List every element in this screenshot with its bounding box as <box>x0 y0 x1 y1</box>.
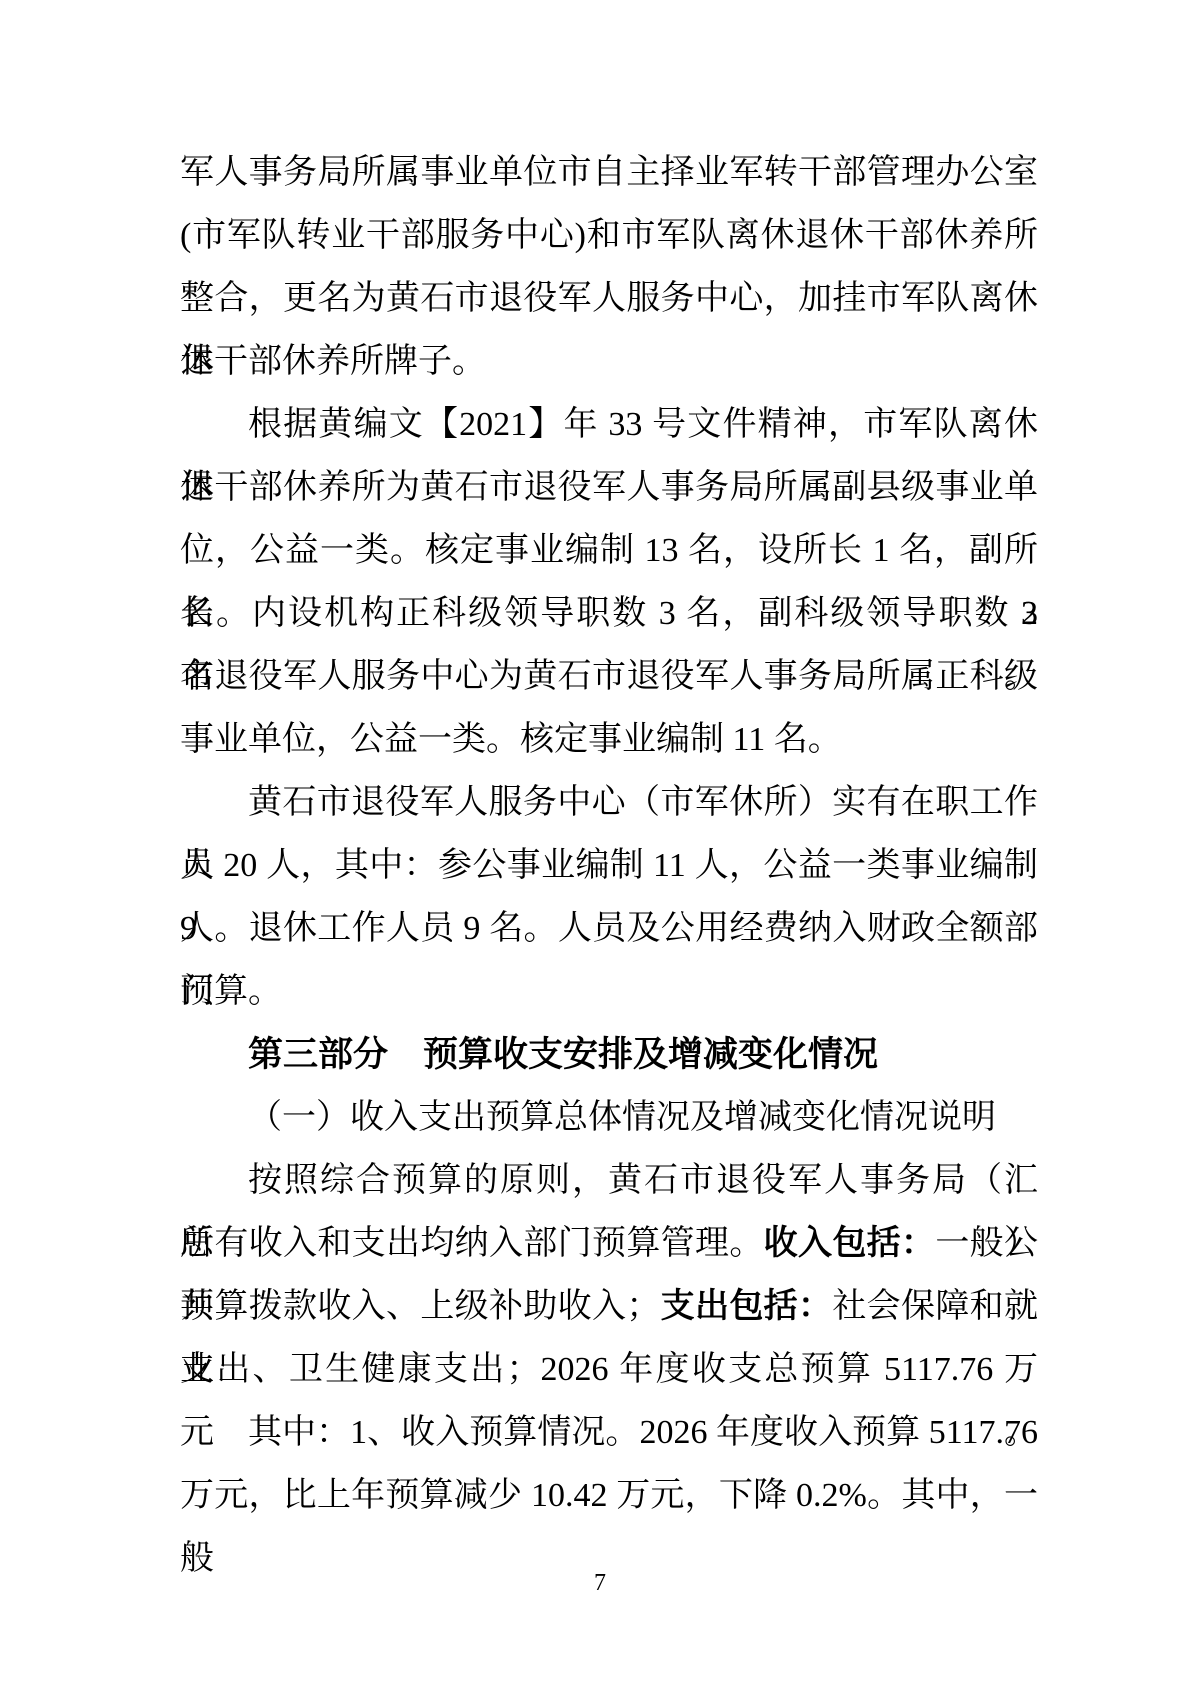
line-text: 所有收入和支出均纳入部门预算管理。 <box>180 1225 764 1262</box>
line-text: 休干部休养所牌子。 <box>180 343 486 380</box>
text-line-21: 其中：1、收入预算情况。2026 年度收入预算 5117.76 <box>180 1401 1038 1464</box>
text-line-6: 休干部休养所为黄石市退役军人事务局所属副县级事业单 <box>180 456 1038 519</box>
bold-run: 支出包括： <box>660 1287 832 1325</box>
text-line-17: 按照综合预算的原则，黄石市退役军人事务局（汇总） <box>180 1149 1038 1212</box>
bold-run: 收入包括： <box>764 1224 936 1262</box>
line-text: 预算。 <box>180 973 282 1010</box>
text-line-7: 位，公益一类。核定事业编制 13 名，设所长 1 名，副所长 2 <box>180 519 1038 582</box>
line-text: (市军队转业干部服务中心)和市军队离休退休干部休养所 <box>180 217 1038 254</box>
line-text: 预算拨款收入、上级补助收入； <box>180 1288 660 1325</box>
text-line-19: 预算拨款收入、上级补助收入；支出包括：社会保障和就业 <box>180 1275 1038 1338</box>
text-line-11: 黄石市退役军人服务中心（市军休所）实有在职工作人 <box>180 771 1038 834</box>
line-text: 其中：1、收入预算情况。2026 年度收入预算 5117.76 <box>248 1414 1038 1451</box>
text-line-2: (市军队转业干部服务中心)和市军队离休退休干部休养所 <box>180 204 1038 267</box>
text-line-18: 所有收入和支出均纳入部门预算管理。收入包括：一般公共 <box>180 1212 1038 1275</box>
text-line-13: 人。退休工作人员 9 名。人员及公用经费纳入财政全额部门 <box>180 897 1038 960</box>
line-text: 市退役军人服务中心为黄石市退役军人事务局所属正科级 <box>180 658 1038 695</box>
text-line-3: 整合，更名为黄石市退役军人服务中心，加挂市军队离休退 <box>180 267 1038 330</box>
document-page: 军人事务局所属事业单位市自主择业军转干部管理办公室 (市军队转业干部服务中心)和… <box>0 0 1200 1697</box>
text-line-22: 万元，比上年预算减少 10.42 万元，下降 0.2%。其中，一般 <box>180 1464 1038 1527</box>
text-line-5: 根据黄编文【2021】年 33 号文件精神，市军队离休退 <box>180 393 1038 456</box>
text-line-4: 休干部休养所牌子。 <box>180 330 1038 393</box>
text-line-12: 员 20 人，其中：参公事业编制 11 人，公益一类事业编制 9 <box>180 834 1038 897</box>
line-text: 休干部休养所为黄石市退役军人事务局所属副县级事业单 <box>180 469 1038 506</box>
text-line-8: 名。内设机构正科级领导职数 3 名，副科级领导职数 3 名。 <box>180 582 1038 645</box>
subsection-heading: （一）收入支出预算总体情况及增减变化情况说明 <box>180 1086 1038 1149</box>
line-text: 万元，比上年预算减少 10.42 万元，下降 0.2%。其中，一般 <box>180 1477 1038 1577</box>
text-line-9: 市退役军人服务中心为黄石市退役军人事务局所属正科级 <box>180 645 1038 708</box>
text-line-14: 预算。 <box>180 960 1038 1023</box>
line-text: 军人事务局所属事业单位市自主择业军转干部管理办公室 <box>180 154 1038 191</box>
subsection-heading-text: （一）收入支出预算总体情况及增减变化情况说明 <box>248 1099 996 1136</box>
line-text: 事业单位，公益一类。核定事业编制 11 名。 <box>180 721 842 758</box>
page-number: 7 <box>0 1568 1200 1598</box>
document-body: 军人事务局所属事业单位市自主择业军转干部管理办公室 (市军队转业干部服务中心)和… <box>180 141 1038 1527</box>
section-heading: 第三部分 预算收支安排及增减变化情况 <box>180 1023 1038 1086</box>
section-heading-text: 第三部分 预算收支安排及增减变化情况 <box>248 1035 878 1074</box>
text-line-1: 军人事务局所属事业单位市自主择业军转干部管理办公室 <box>180 141 1038 204</box>
text-line-20: 支出、卫生健康支出；2026 年度收支总预算 5117.76 万元。 <box>180 1338 1038 1401</box>
text-line-10: 事业单位，公益一类。核定事业编制 11 名。 <box>180 708 1038 771</box>
